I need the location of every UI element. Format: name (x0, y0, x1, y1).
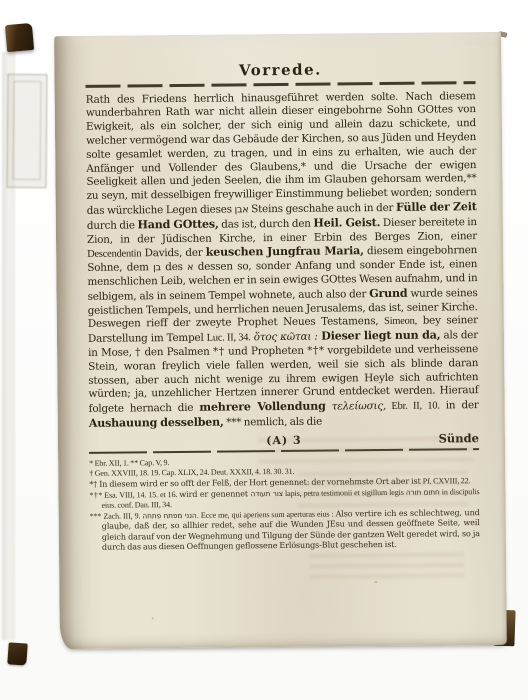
book-spine-top-fragment (5, 23, 34, 52)
foxing-speck (117, 528, 119, 531)
footnotes-block: * Ebr. XII, 1. ** Cap. V, 9. † Gen. XXVI… (89, 455, 480, 554)
verso-showthrough (309, 552, 464, 583)
signature-mark: (A) 3 (266, 434, 302, 447)
header-rule (86, 81, 476, 87)
foxing-speck (427, 119, 429, 121)
page-header: Vorrede. (85, 58, 475, 81)
foxing-speck (467, 300, 469, 302)
book-page: Vorrede. Rath des Friedens herrlich hina… (54, 32, 507, 649)
signature-row: (A) 3 Sünde (89, 431, 479, 449)
catchword: Sünde (438, 431, 479, 445)
foxing-speck (152, 617, 154, 619)
foxing-speck (374, 581, 377, 583)
body-text: Rath des Friedens herrlich hinausgeführe… (86, 90, 479, 432)
photo-background: Vorrede. Rath des Friedens herrlich hina… (0, 0, 528, 700)
footnote-rule (89, 448, 479, 454)
book-spine-bottom-fragment (7, 642, 27, 665)
page-title: Vorrede. (239, 61, 322, 80)
footnote-5: *** Zach. III, 9. הנני מפתח פתחה. Ecce m… (90, 508, 480, 554)
page-content: Vorrede. Rath des Friedens herrlich hina… (54, 32, 507, 649)
showthrough-plate-frame (7, 74, 48, 188)
